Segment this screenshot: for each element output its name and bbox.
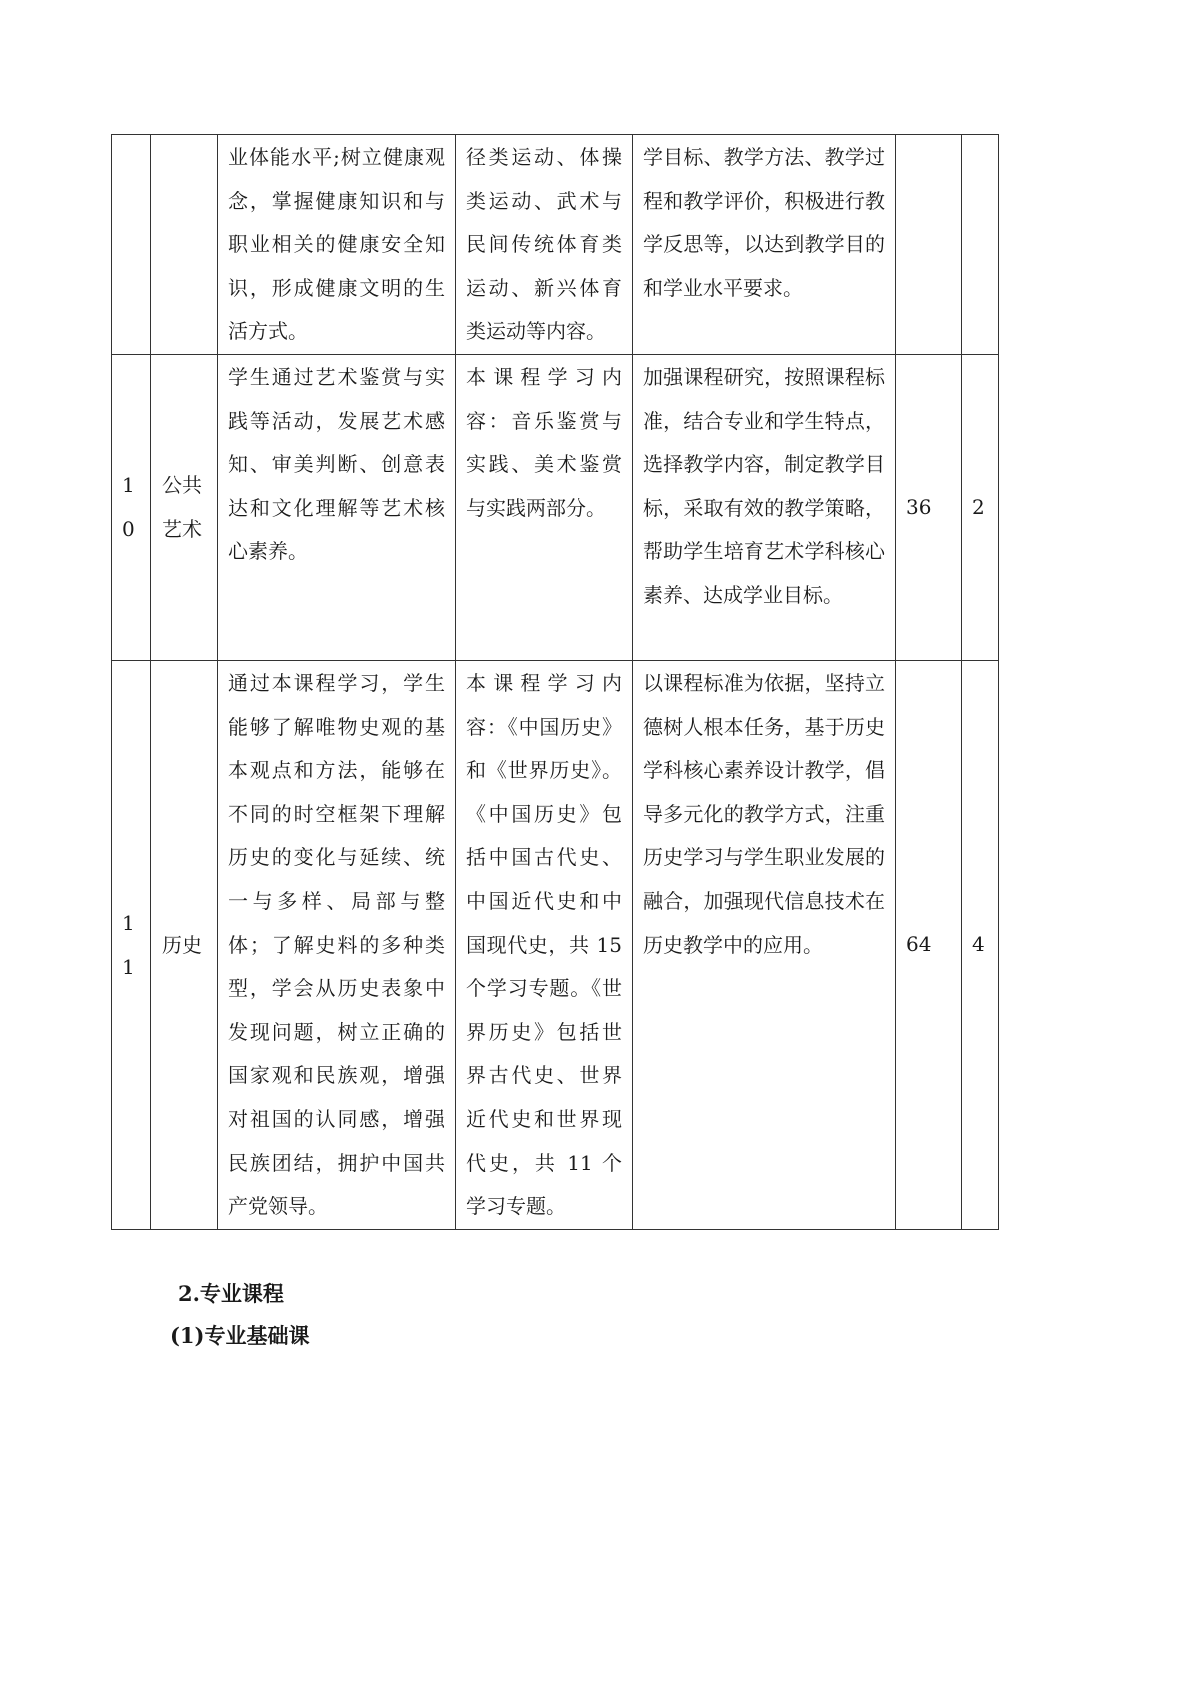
course-objectives-text: 业体能水平;树立健康观念，掌握健康知识和与职业相关的健康安全知识，形成健康文明的… (228, 135, 445, 354)
table-row: 1 1 历史 通过本课程学习，学生能够了解唯物史观的基本观点和方法，能够在不同的… (112, 660, 999, 1229)
course-objectives-text: 学生通过艺术鉴赏与实践等活动，发展艺术感知、审美判断、创意表达和文化理解等艺术核… (228, 355, 445, 574)
course-credits-cell (962, 135, 999, 355)
course-name-cell: 历史 (151, 660, 218, 1229)
table-row: 1 0 公共 艺术 学生通过艺术鉴赏与实践等活动，发展艺术感知、审美判断、创意表… (112, 354, 999, 660)
course-content-cell: 径类运动、体操类运动、武术与民间传统体育类运动、新兴体育类运动等内容。 (456, 135, 633, 355)
course-objectives-cell: 学生通过艺术鉴赏与实践等活动，发展艺术感知、审美判断、创意表达和文化理解等艺术核… (218, 354, 456, 660)
course-hours-cell: 64 (896, 660, 962, 1229)
table-row: 业体能水平;树立健康观念，掌握健康知识和与职业相关的健康安全知识，形成健康文明的… (112, 135, 999, 355)
course-name-line: 历史 (162, 923, 206, 967)
course-credits-cell: 4 (962, 660, 999, 1229)
course-objectives-text: 通过本课程学习，学生能够了解唯物史观的基本观点和方法，能够在不同的时空框架下理解… (228, 661, 445, 1229)
course-content-cell: 本课程学习内容：音乐鉴赏与实践、美术鉴赏与实践两部分。 (456, 354, 633, 660)
course-name-line: 艺术 (162, 507, 206, 551)
course-index-cell (112, 135, 151, 355)
course-index-cell: 1 0 (112, 354, 151, 660)
course-content-cell: 本课程学习内容：《中国历史》和《世界历史》。《中国历史》包括中国古代史、中国近代… (456, 660, 633, 1229)
course-name-cell: 公共 艺术 (151, 354, 218, 660)
course-index-digit: 1 (122, 901, 134, 945)
teaching-requirements-text: 以课程标准为依据，坚持立德树人根本任务，基于历史学科核心素养设计教学，倡导多元化… (643, 661, 885, 967)
subsection-heading: (1)专业基础课 (170, 1320, 309, 1350)
course-index-digit: 0 (122, 507, 134, 551)
course-index-digit: 1 (122, 463, 134, 507)
course-content-text: 本课程学习内容：音乐鉴赏与实践、美术鉴赏与实践两部分。 (466, 355, 622, 530)
section-heading: 2.专业课程 (178, 1278, 284, 1308)
course-content-text: 本课程学习内容：《中国历史》和《世界历史》。《中国历史》包括中国古代史、中国近代… (466, 661, 622, 1229)
teaching-requirements-text: 学目标、教学方法、教学过程和教学评价，积极进行教学反思等，以达到教学目的和学业水… (643, 135, 885, 310)
course-index-digit: 1 (122, 945, 134, 989)
teaching-requirements-cell: 以课程标准为依据，坚持立德树人根本任务，基于历史学科核心素养设计教学，倡导多元化… (633, 660, 896, 1229)
course-hours-cell (896, 135, 962, 355)
course-index-cell: 1 1 (112, 660, 151, 1229)
course-hours-cell: 36 (896, 354, 962, 660)
course-table: 业体能水平;树立健康观念，掌握健康知识和与职业相关的健康安全知识，形成健康文明的… (111, 134, 999, 1230)
course-objectives-cell: 业体能水平;树立健康观念，掌握健康知识和与职业相关的健康安全知识，形成健康文明的… (218, 135, 456, 355)
course-name-line: 公共 (162, 463, 206, 507)
course-name-cell (151, 135, 218, 355)
course-credits-cell: 2 (962, 354, 999, 660)
teaching-requirements-text: 加强课程研究，按照课程标准，结合专业和学生特点，选择教学内容，制定教学目标，采取… (643, 355, 885, 618)
course-content-text: 径类运动、体操类运动、武术与民间传统体育类运动、新兴体育类运动等内容。 (466, 135, 622, 354)
teaching-requirements-cell: 加强课程研究，按照课程标准，结合专业和学生特点，选择教学内容，制定教学目标，采取… (633, 354, 896, 660)
document-page: 业体能水平;树立健康观念，掌握健康知识和与职业相关的健康安全知识，形成健康文明的… (0, 0, 1191, 1684)
teaching-requirements-cell: 学目标、教学方法、教学过程和教学评价，积极进行教学反思等，以达到教学目的和学业水… (633, 135, 896, 355)
course-objectives-cell: 通过本课程学习，学生能够了解唯物史观的基本观点和方法，能够在不同的时空框架下理解… (218, 660, 456, 1229)
